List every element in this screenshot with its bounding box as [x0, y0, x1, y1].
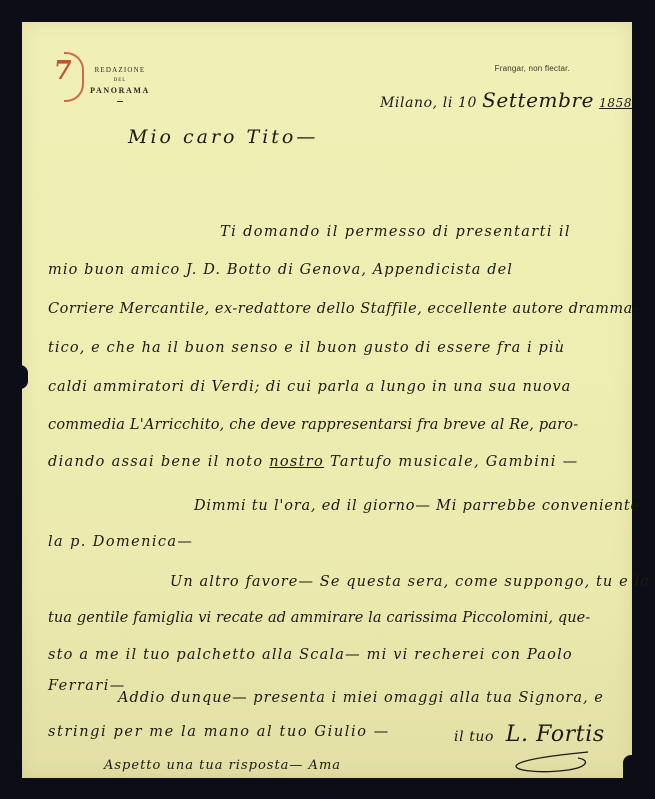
body-line-9: la p. Domenica—: [48, 534, 193, 550]
body-line-7-a: diando assai bene il noto: [48, 454, 263, 470]
signature: il tuo L. Fortis: [454, 722, 605, 747]
body-line-3: Corriere Mercantile, ex-redattore dello …: [48, 301, 638, 317]
body-line-7-b: Tartufo musicale, Gambini —: [330, 454, 578, 470]
letterhead-divider: [117, 101, 123, 102]
letterhead-redazione: REDAZIONE: [80, 66, 160, 74]
body-line-2: mio buon amico J. D. Botto di Genova, Ap…: [48, 262, 513, 278]
letterhead-motto: Frangar, non flectar.: [495, 64, 570, 73]
archive-number: 7: [52, 56, 73, 86]
signature-flourish-icon: [498, 750, 598, 778]
letterhead-del: DEL: [80, 78, 160, 83]
body-line-5: caldi ammiratori di Verdi; di cui parla …: [48, 379, 571, 395]
greeting: Mio caro Tito—: [128, 126, 318, 148]
dateline-year: 1858: [599, 96, 632, 110]
body-line-14: Addio dunque— presenta i miei omaggi all…: [118, 690, 604, 706]
body-line-6: commedia L'Arricchito, che deve rapprese…: [48, 417, 578, 433]
torn-edge: [18, 365, 28, 389]
signature-closing: il tuo: [454, 729, 494, 745]
body-line-13: Ferrari—: [48, 678, 126, 694]
letterhead: REDAZIONE DEL PANORAMA: [80, 66, 160, 102]
body-line-12: sto a me il tuo palchetto alla Scala— mi…: [48, 647, 573, 663]
body-line-8: Dimmi tu l'ora, ed il giorno— Mi parrebb…: [194, 498, 640, 514]
body-line-4: tico, e che ha il buon senso e il buon g…: [48, 340, 565, 356]
torn-corner: [623, 755, 633, 779]
body-line-10: Un altro favore— Se questa sera, come su…: [170, 574, 650, 590]
letterhead-panorama: PANORAMA: [80, 86, 160, 95]
body-line-1: Ti domando il permesso di presentarti il: [220, 224, 571, 240]
body-line-7-underlined: nostro: [269, 454, 324, 470]
dateline-place: Milano, li 10: [380, 95, 477, 111]
body-line-11: tua gentile famiglia vi recate ad ammira…: [48, 610, 590, 626]
letter-page: 7 REDAZIONE DEL PANORAMA Frangar, non fl…: [22, 22, 632, 778]
dateline-month: Settembre: [482, 88, 594, 112]
body-line-7: diando assai bene il noto nostro Tartufo…: [48, 454, 578, 470]
signature-name: L. Fortis: [506, 722, 605, 747]
dateline: Milano, li 10 Settembre 1858: [380, 88, 632, 112]
body-line-15: stringi per me la mano al tuo Giulio —: [48, 724, 390, 740]
body-line-16: Aspetto una tua risposta— Ama: [104, 758, 341, 773]
